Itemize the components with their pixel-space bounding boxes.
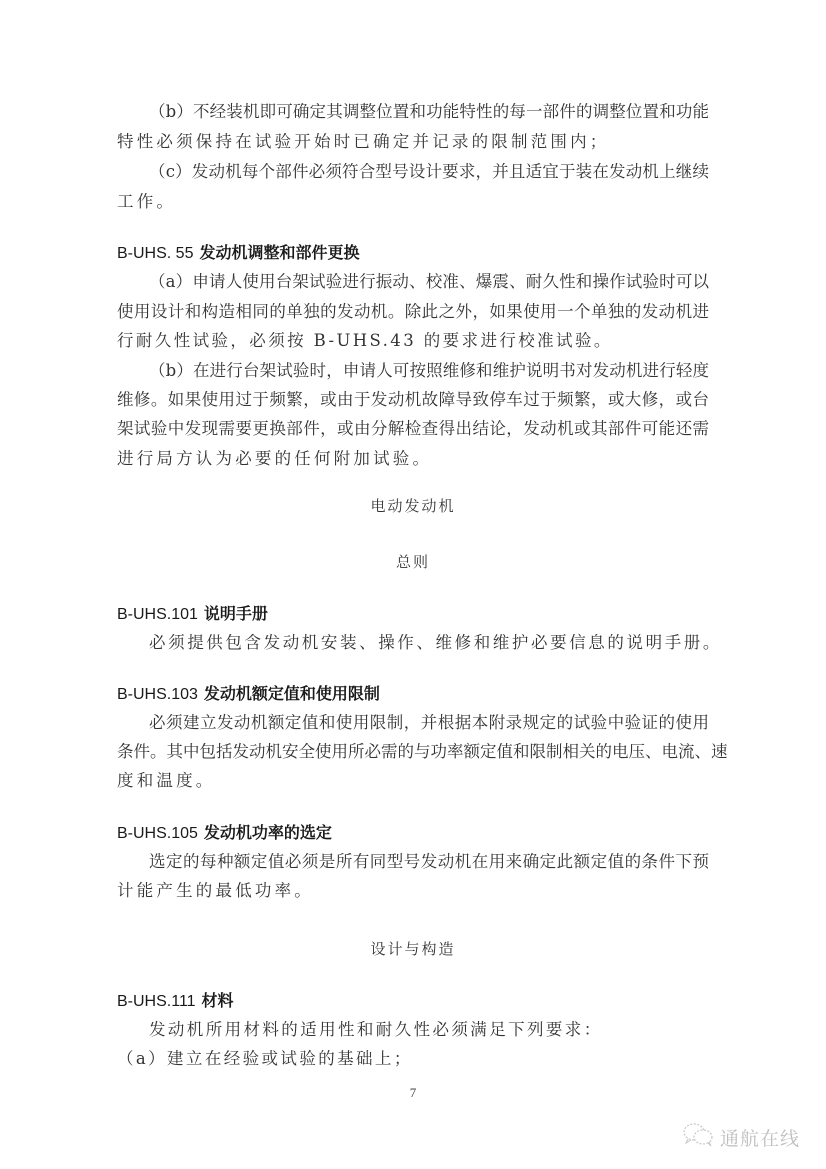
paragraph-line: 特性必须保持在试验开始时已确定并记录的限制范围内； <box>117 131 709 153</box>
paragraph-line: 架试验中发现需要更换部件，或由分解检查得出结论，发动机或其部件可能还需 <box>117 418 709 440</box>
paragraph-line: 行耐久性试验，必须按 B-UHS.43 的要求进行校准试验。 <box>117 330 709 352</box>
section-heading: B-UHS.101说明手册 <box>117 603 268 626</box>
wechat-icon <box>682 1122 714 1152</box>
subchapter-heading: 设计与构造 <box>0 938 826 960</box>
section-title: 说明手册 <box>204 604 268 623</box>
section-title: 发动机调整和部件更换 <box>199 243 359 262</box>
document-page: （b）不经装机即可确定其调整位置和功能特性的每一部件的调整位置和功能 特性必须保… <box>0 0 826 1169</box>
section-heading: B-UHS.105发动机功率的选定 <box>117 822 332 845</box>
section-code: B-UHS.105 <box>117 825 198 842</box>
paragraph-line: 度和温度。 <box>117 770 709 792</box>
paragraph-line: 必须建立发动机额定值和使用限制，并根据本附录规定的试验中验证的使用 <box>149 712 709 734</box>
paragraph-line: （a）申请人使用台架试验进行振动、校准、爆震、耐久性和操作试验时可以 <box>149 271 709 293</box>
paragraph-line: 工作。 <box>117 191 709 213</box>
paragraph-line: 维修。如果使用过于频繁，或由于发动机故障导致停车过于频繁，或大修，或台 <box>117 389 709 411</box>
watermark-text: 通航在线 <box>720 1124 800 1151</box>
section-code: B-UHS.103 <box>117 686 198 703</box>
page-number: 7 <box>0 1085 826 1101</box>
paragraph-line: （c）发动机每个部件必须符合型号设计要求，并且适宜于装在发动机上继续 <box>149 161 709 183</box>
paragraph-line: 使用设计和构造相同的单独的发动机。除此之外，如果使用一个单独的发动机进 <box>117 301 709 323</box>
section-code: B-UHS.111 <box>117 993 196 1010</box>
section-heading: B-UHS.103发动机额定值和使用限制 <box>117 683 380 706</box>
paragraph-line: （a）建立在经验或试验的基础上； <box>117 1048 709 1070</box>
section-code: B-UHS.101 <box>117 606 198 623</box>
section-heading: B-UHS. 55发动机调整和部件更换 <box>117 242 359 265</box>
section-title: 发动机功率的选定 <box>204 823 332 842</box>
section-title: 材料 <box>202 991 234 1010</box>
section-heading: B-UHS.111材料 <box>117 990 234 1013</box>
paragraph-line: 发动机所用材料的适用性和耐久性必须满足下列要求： <box>149 1019 741 1041</box>
paragraph-line: 计能产生的最低功率。 <box>117 880 709 902</box>
paragraph-line: 选定的每种额定值必须是所有同型号发动机在用来确定此额定值的条件下预 <box>149 851 709 873</box>
paragraph-line: 进行局方认为必要的任何附加试验。 <box>117 448 709 470</box>
watermark: 通航在线 <box>682 1122 800 1152</box>
paragraph-line: 条件。其中包括发动机安全使用所必需的与功率额定值和限制相关的电压、电流、速 <box>117 741 709 763</box>
section-code: B-UHS. 55 <box>117 245 193 262</box>
chapter-heading: 电动发动机 <box>0 495 826 517</box>
paragraph-line: 必须提供包含发动机安装、操作、维修和维护必要信息的说明手册。 <box>149 632 741 654</box>
subchapter-heading: 总则 <box>0 551 826 573</box>
paragraph-line: （b）不经装机即可确定其调整位置和功能特性的每一部件的调整位置和功能 <box>149 101 709 123</box>
paragraph-line: （b）在进行台架试验时，申请人可按照维修和维护说明书对发动机进行轻度 <box>149 360 709 382</box>
section-title: 发动机额定值和使用限制 <box>204 684 380 703</box>
